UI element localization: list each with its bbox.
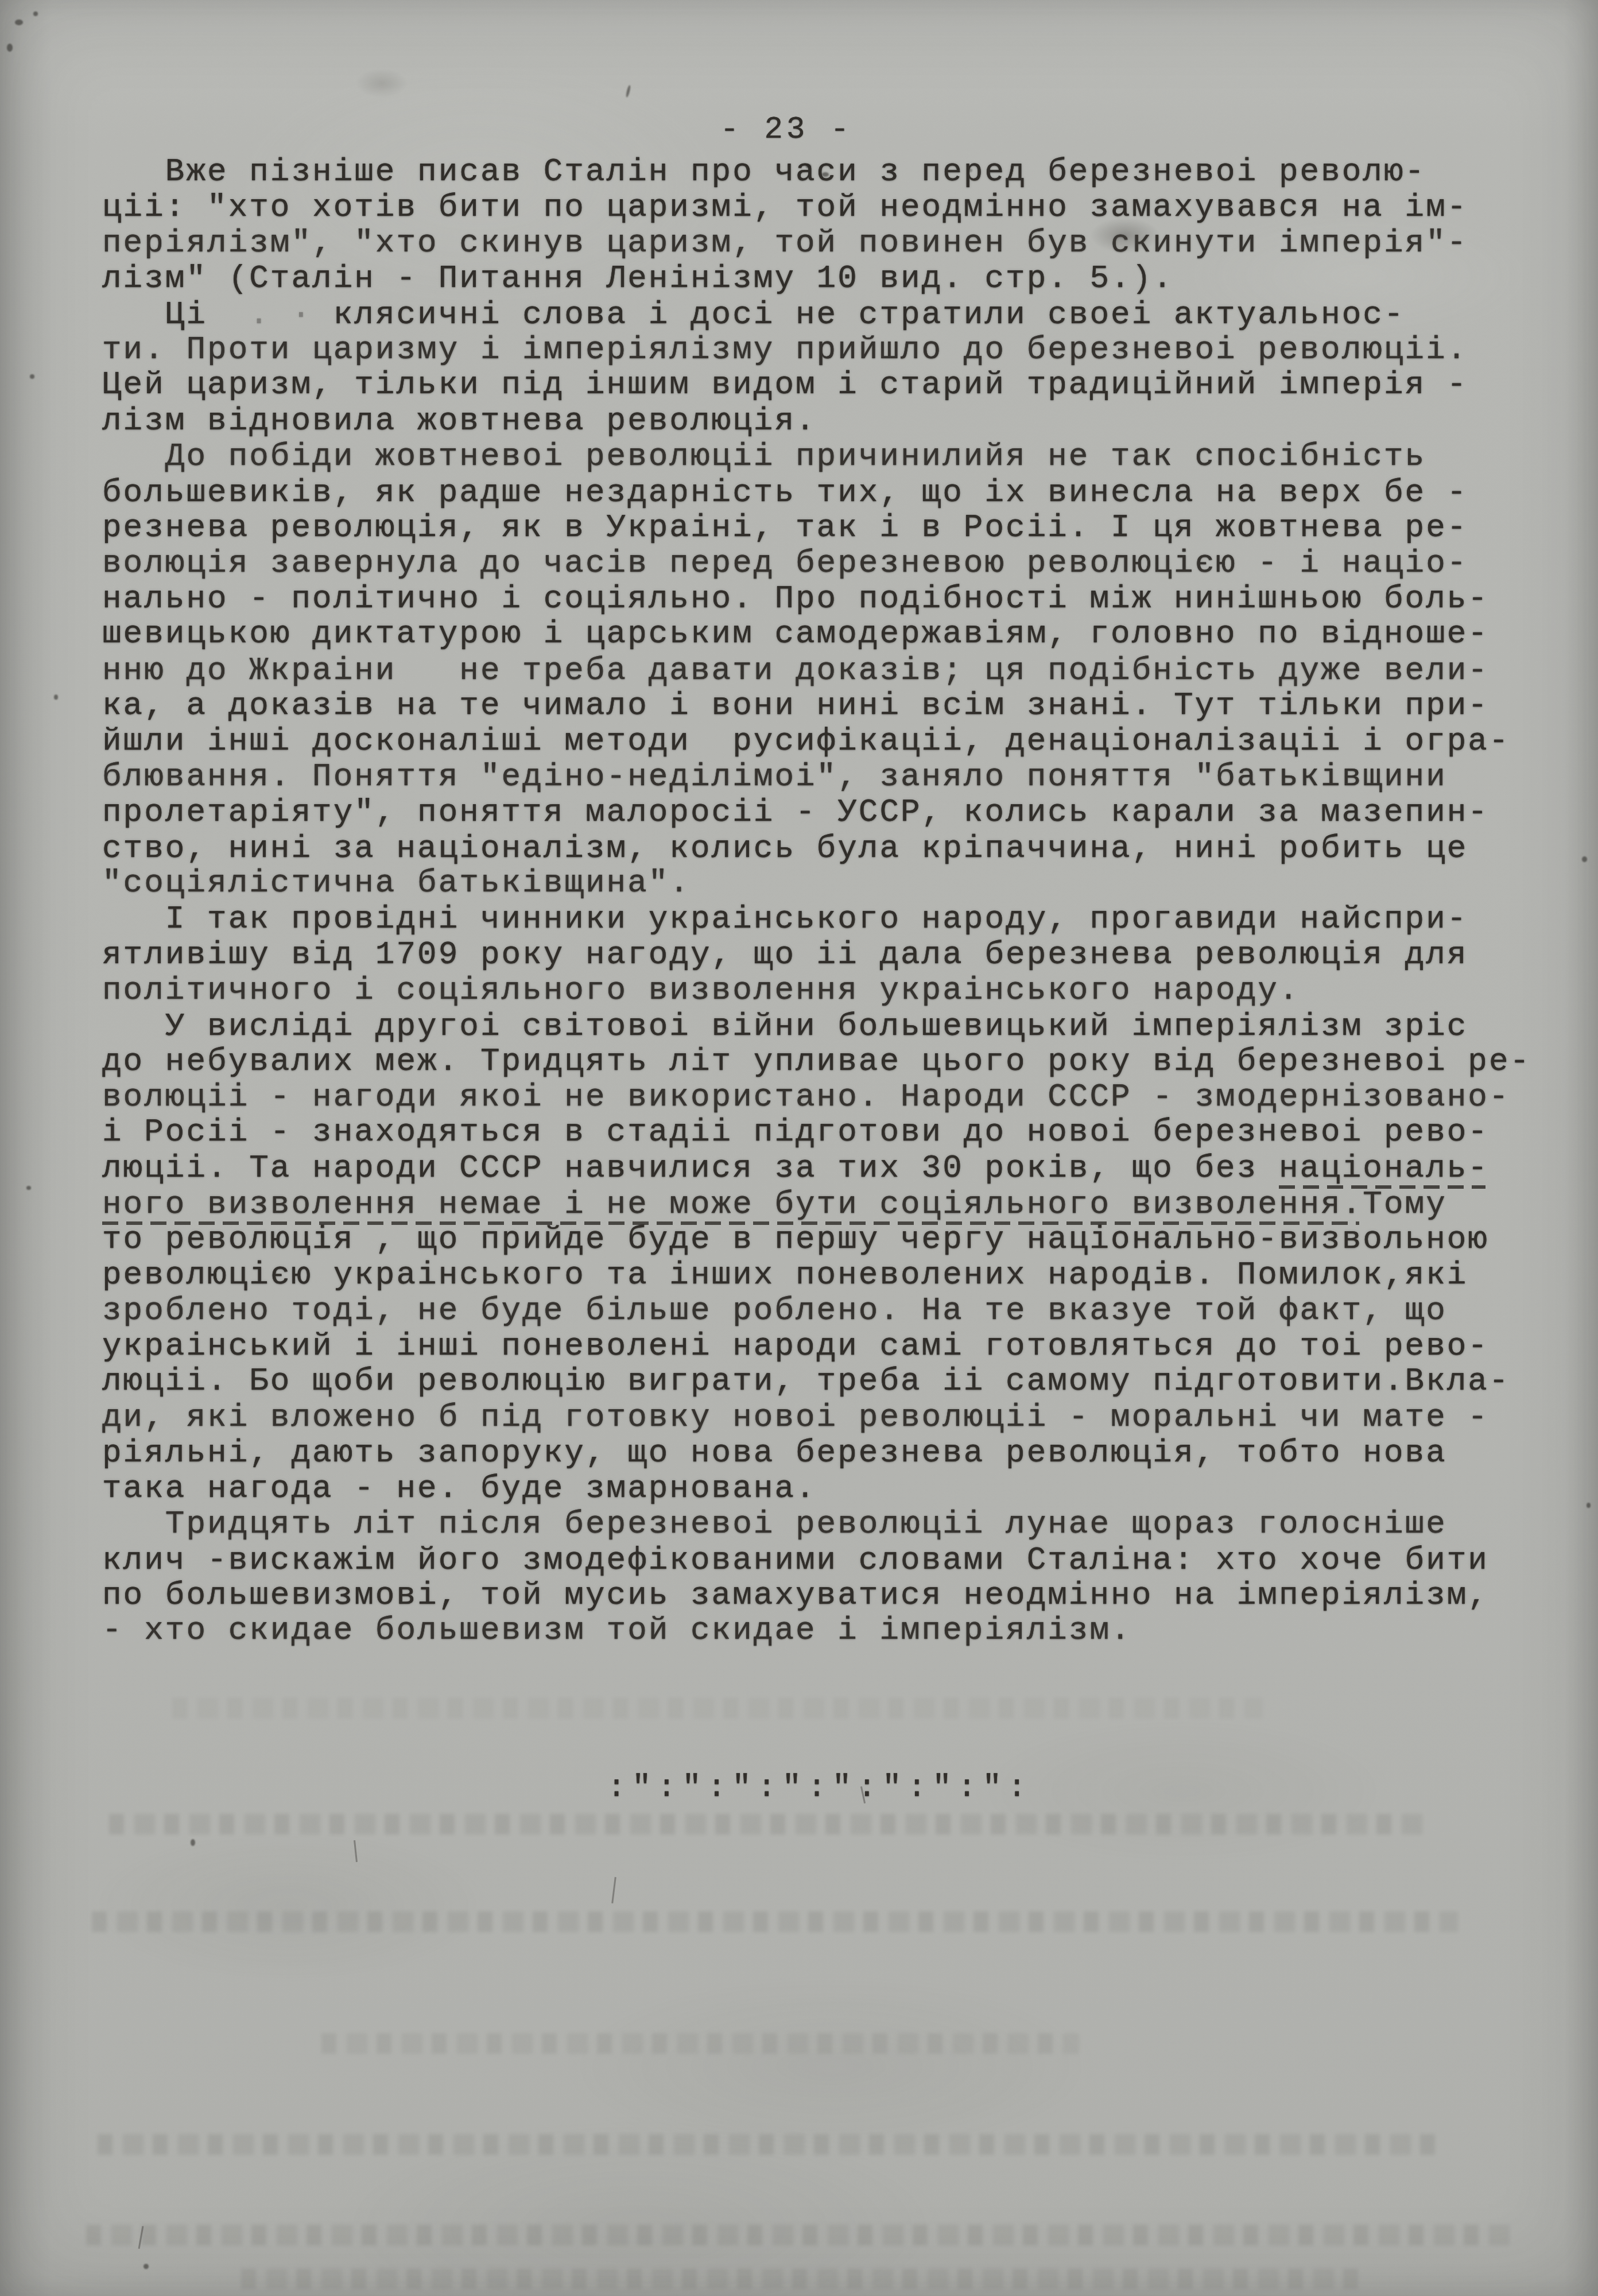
text-line: політичного і соціяльного визволення укр…: [102, 972, 1531, 1008]
text-segment: Ці: [102, 296, 249, 333]
smudge-mark: [356, 69, 408, 98]
text-segment: Тому: [1363, 1186, 1446, 1223]
text-segment: Цей царизм, тільки під іншим видом і ста…: [102, 366, 1468, 403]
text-line: украінський і інші поневолені народи сам…: [102, 1328, 1531, 1364]
text-line: і Росіі - знаходяться в стадіі підготови…: [102, 1114, 1531, 1150]
ghost-text-band: [109, 1814, 1424, 1835]
page-left-edge-shading: [0, 0, 52, 2296]
text-line: Цей царизм, тільки під іншим видом і ста…: [102, 367, 1531, 402]
text-line: волюція завернула до часів перед березне…: [102, 545, 1531, 581]
document-text-block: Вже пізніше писав Сталін про часи з пере…: [102, 154, 1531, 1649]
text-segment: ціі: "хто хотів бити по царизмі, той нео…: [102, 189, 1468, 226]
text-segment: ство, нині за націоналізм, колись була к…: [102, 830, 1468, 867]
text-segment: то революція , що прийде буде в першу че…: [102, 1221, 1489, 1258]
ink-speck: [33, 11, 38, 16]
text-line: нально - політично і соціяльно. Про поді…: [102, 581, 1531, 616]
text-segment: волюціі - нагоди якоі не використано. На…: [102, 1079, 1510, 1115]
text-segment: зроблено тоді, не буде більше роблено. Н…: [102, 1292, 1447, 1329]
text-segment: до небувалих меж. Тридцять літ упливае ц…: [102, 1043, 1531, 1080]
text-line: ство, нині за націоналізм, колись була к…: [102, 831, 1531, 866]
text-line: резнева революція, як в Украіні, так і в…: [102, 510, 1531, 545]
section-divider: :":":":":":":":":: [21, 1769, 1598, 1806]
text-segment: пролетаріяту", поняття малоросіі - УССР,…: [102, 794, 1489, 831]
hair-mark: [354, 1840, 358, 1862]
text-segment: революцією украінського та інших поневол…: [102, 1256, 1468, 1293]
text-line: Тридцять літ після березневоі революціі …: [102, 1506, 1531, 1542]
ink-speck: [143, 2264, 149, 2269]
scanned-document-page: - 23 - Вже пізніше писав Сталін про часи…: [0, 0, 1598, 2296]
text-line: шевицькою диктатурою і царським самодерж…: [102, 616, 1531, 651]
text-line: лізм відновила жовтнева революція.: [102, 403, 1531, 439]
text-line: по большевизмові, той мусиь замахуватися…: [102, 1577, 1531, 1613]
text-line: періялізм", "хто скинув царизм, той пови…: [102, 225, 1531, 261]
text-segment: лізм" (Сталін - Питання Ленінізму 10 вид…: [102, 260, 1174, 297]
text-line: лізм" (Сталін - Питання Ленінізму 10 вид…: [102, 261, 1531, 296]
text-segment: "соціялістична батьківщина".: [102, 864, 691, 901]
text-line: волюціі - нагоди якоі не використано. На…: [102, 1079, 1531, 1115]
text-line: ти. Проти царизму і імперіялізму прийшло…: [102, 332, 1531, 367]
text-segment: йшли інші досконаліші методи русифікаціі…: [102, 723, 1510, 759]
ghost-text-band: [241, 2268, 1366, 2289]
text-segment: Вже пізніше писав Сталін про часи з пере…: [102, 153, 1426, 190]
text-segment: клич -вискажім його змодефікованими слов…: [102, 1542, 1489, 1578]
ink-speck: [968, 169, 972, 172]
ink-speck: [30, 374, 34, 379]
text-line: до небувалих меж. Тридцять літ упливае ц…: [102, 1044, 1531, 1079]
text-line: ного визволення немае і не може бути соц…: [102, 1186, 1531, 1222]
text-line: У висліді другоі світовоі війни большеви…: [102, 1009, 1531, 1044]
text-line: така нагода - не. буде змарнована.: [102, 1471, 1531, 1506]
text-segment: ти. Проти царизму і імперіялізму прийшло…: [102, 331, 1468, 368]
text-line: клич -вискажім його змодефікованими слов…: [102, 1542, 1531, 1578]
ghost-text-band: [98, 2134, 1441, 2155]
text-segment: украінський і інші поневолені народи сам…: [102, 1328, 1489, 1364]
text-segment: ди, які вложено б під готовку новоі рево…: [102, 1399, 1489, 1436]
text-line: ріяльні, дають запоруку, що нова березне…: [102, 1435, 1531, 1471]
text-segment: люціі. Та народи СССР навчилися за тих 3…: [102, 1150, 1279, 1186]
text-line: зроблено тоді, не буде більше роблено. Н…: [102, 1293, 1531, 1328]
page-right-edge-shading: [1564, 0, 1598, 2296]
ghost-text-band: [86, 2225, 1510, 2245]
text-segment: по большевизмові, той мусиь замахуватися…: [102, 1577, 1489, 1614]
text-line: пролетаріяту", поняття малоросіі - УССР,…: [102, 794, 1531, 830]
text-line: Ці . · клясичні слова і досі не стратили…: [102, 297, 1531, 332]
text-line: то революція , що прийде буде в першу че…: [102, 1221, 1531, 1257]
ink-speck: [54, 695, 58, 700]
underlined-text-segment: ного визволення немае і не може бути соц…: [102, 1186, 1363, 1223]
text-segment: клясичні слова і досі не стратили своеі …: [312, 296, 1405, 333]
text-segment: блювання. Поняття "едіно-неділімоі", зан…: [102, 758, 1447, 795]
ink-speck: [1582, 856, 1587, 862]
text-segment: У висліді другоі світовоі війни большеви…: [102, 1008, 1468, 1045]
ink-speck: [26, 1186, 31, 1190]
text-segment: нню до Жкраіни не треба давати доказів; …: [102, 652, 1489, 689]
ink-speck: [1587, 1503, 1591, 1508]
text-segment: політичного і соціяльного визволення укр…: [102, 972, 1300, 1009]
text-line: большевиків, як радше нездарність тих, щ…: [102, 475, 1531, 510]
text-segment: ятливішу від 1709 року нагоду, що іі дал…: [102, 936, 1468, 973]
text-line: люціі. Бо щоби революцію виграти, треба …: [102, 1363, 1531, 1399]
text-segment: періялізм", "хто скинув царизм, той пови…: [102, 224, 1468, 261]
text-segment: резнева революція, як в Украіні, так і в…: [102, 509, 1468, 546]
text-line: нню до Жкраіни не треба давати доказів; …: [102, 653, 1531, 688]
text-line: ка, а доказів на те чимало і вони нині в…: [102, 688, 1531, 723]
text-segment: волюція завернула до часів перед березне…: [102, 545, 1468, 581]
text-segment: . ·: [249, 296, 312, 333]
ink-speck: [806, 164, 811, 168]
text-line: ятливішу від 1709 року нагоду, що іі дал…: [102, 937, 1531, 972]
text-segment: і Росіі - знаходяться в стадіі підготови…: [102, 1114, 1489, 1150]
text-line: ціі: "хто хотів бити по царизмі, той нео…: [102, 189, 1531, 225]
text-segment: большевиків, як радше нездарність тих, щ…: [102, 474, 1468, 511]
ghost-text-band: [92, 1911, 1458, 1932]
text-segment: До побіди жовтневоі революціі причинилий…: [102, 438, 1426, 475]
ghost-text-band: [321, 2033, 1079, 2054]
text-segment: люціі. Бо щоби революцію виграти, треба …: [102, 1363, 1510, 1399]
text-segment: нально - політично і соціяльно. Про поді…: [102, 580, 1489, 617]
text-line: блювання. Поняття "едіно-неділімоі", зан…: [102, 759, 1531, 794]
page-number: - 23 -: [0, 113, 1585, 148]
text-segment: ріяльні, дають запоруку, що нова березне…: [102, 1434, 1447, 1471]
text-line: До побіди жовтневоі революціі причинилий…: [102, 439, 1531, 474]
ink-speck: [625, 85, 631, 98]
underlined-text-segment: національ-: [1279, 1150, 1489, 1186]
text-line: Вже пізніше писав Сталін про часи з пере…: [102, 154, 1531, 189]
text-segment: лізм відновила жовтнева революція.: [102, 402, 817, 439]
text-line: - хто скидае большевизм той скидае і імп…: [102, 1612, 1531, 1648]
text-line: "соціялістична батьківщина".: [102, 865, 1531, 901]
smudge-mark: [1091, 218, 1159, 253]
text-line: люціі. Та народи СССР навчилися за тих 3…: [102, 1150, 1531, 1186]
ink-speck: [822, 172, 829, 177]
text-segment: шевицькою диктатурою і царським самодерж…: [102, 615, 1489, 652]
ink-speck: [7, 44, 13, 52]
text-line: йшли інші досконаліші методи русифікаціі…: [102, 723, 1531, 759]
ghost-text-band: [172, 1698, 1263, 1719]
hair-mark: [138, 2226, 144, 2249]
text-line: революцією украінського та інших поневол…: [102, 1257, 1531, 1293]
ink-speck: [191, 1839, 195, 1846]
hair-mark: [611, 1877, 616, 1903]
text-segment: ка, а доказів на те чимало і вони нині в…: [102, 687, 1489, 724]
text-line: ди, які вложено б під готовку новоі рево…: [102, 1399, 1531, 1435]
text-segment: Тридцять літ після березневоі революціі …: [102, 1506, 1447, 1542]
text-segment: - хто скидае большевизм той скидае і імп…: [102, 1612, 1132, 1649]
ink-speck: [15, 20, 23, 25]
text-segment: така нагода - не. буде змарнована.: [102, 1470, 817, 1507]
text-segment: І так провідні чинники украінського наро…: [102, 901, 1468, 937]
text-line: І так провідні чинники украінського наро…: [102, 901, 1531, 937]
